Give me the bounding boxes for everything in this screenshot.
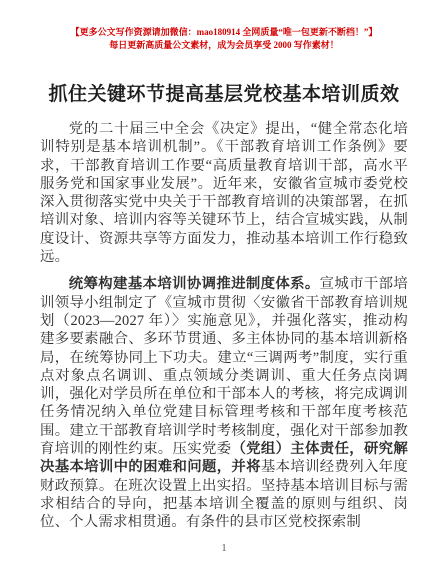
document-body: 党的二十届三中全会《决定》提出，“健全常态化培训特别是基本培训机制”。《干部教育… [40, 120, 408, 532]
paragraph: 党的二十届三中全会《决定》提出，“健全常态化培训特别是基本培训机制”。《干部教育… [40, 120, 408, 266]
paragraph: 统筹构建基本培训协调推进制度体系。宣城市干部培训领导小组制定了《宣城市贯彻〈安徽… [40, 275, 408, 531]
document-page: 【更多公文写作资源请加微信：mao180914 全网质量“唯一包更新不断档！”】… [0, 0, 448, 580]
document-title: 抓住关键环节提高基层党校基本培训质效 [20, 83, 428, 107]
watermark-line-2: 每日更新高质量公文素材，成为会员享受 2000 写作素材！ [0, 39, 448, 52]
page-number: 1 [0, 543, 448, 554]
text-segment: 党的二十届三中全会《决定》提出，“健全常态化培训特别是基本培训机制”。《干部教育… [40, 121, 408, 265]
text-segment: 宣城市干部培训领导小组制定了《宣城市贯彻〈安徽省干部教育培训规划（2023—20… [40, 276, 408, 457]
bold-text-segment: 统筹构建基本培训协调推进制度体系。 [69, 276, 320, 292]
watermark-header: 【更多公文写作资源请加微信：mao180914 全网质量“唯一包更新不断档！”】… [0, 26, 448, 52]
watermark-line-1: 【更多公文写作资源请加微信：mao180914 全网质量“唯一包更新不断档！”】 [0, 26, 448, 39]
